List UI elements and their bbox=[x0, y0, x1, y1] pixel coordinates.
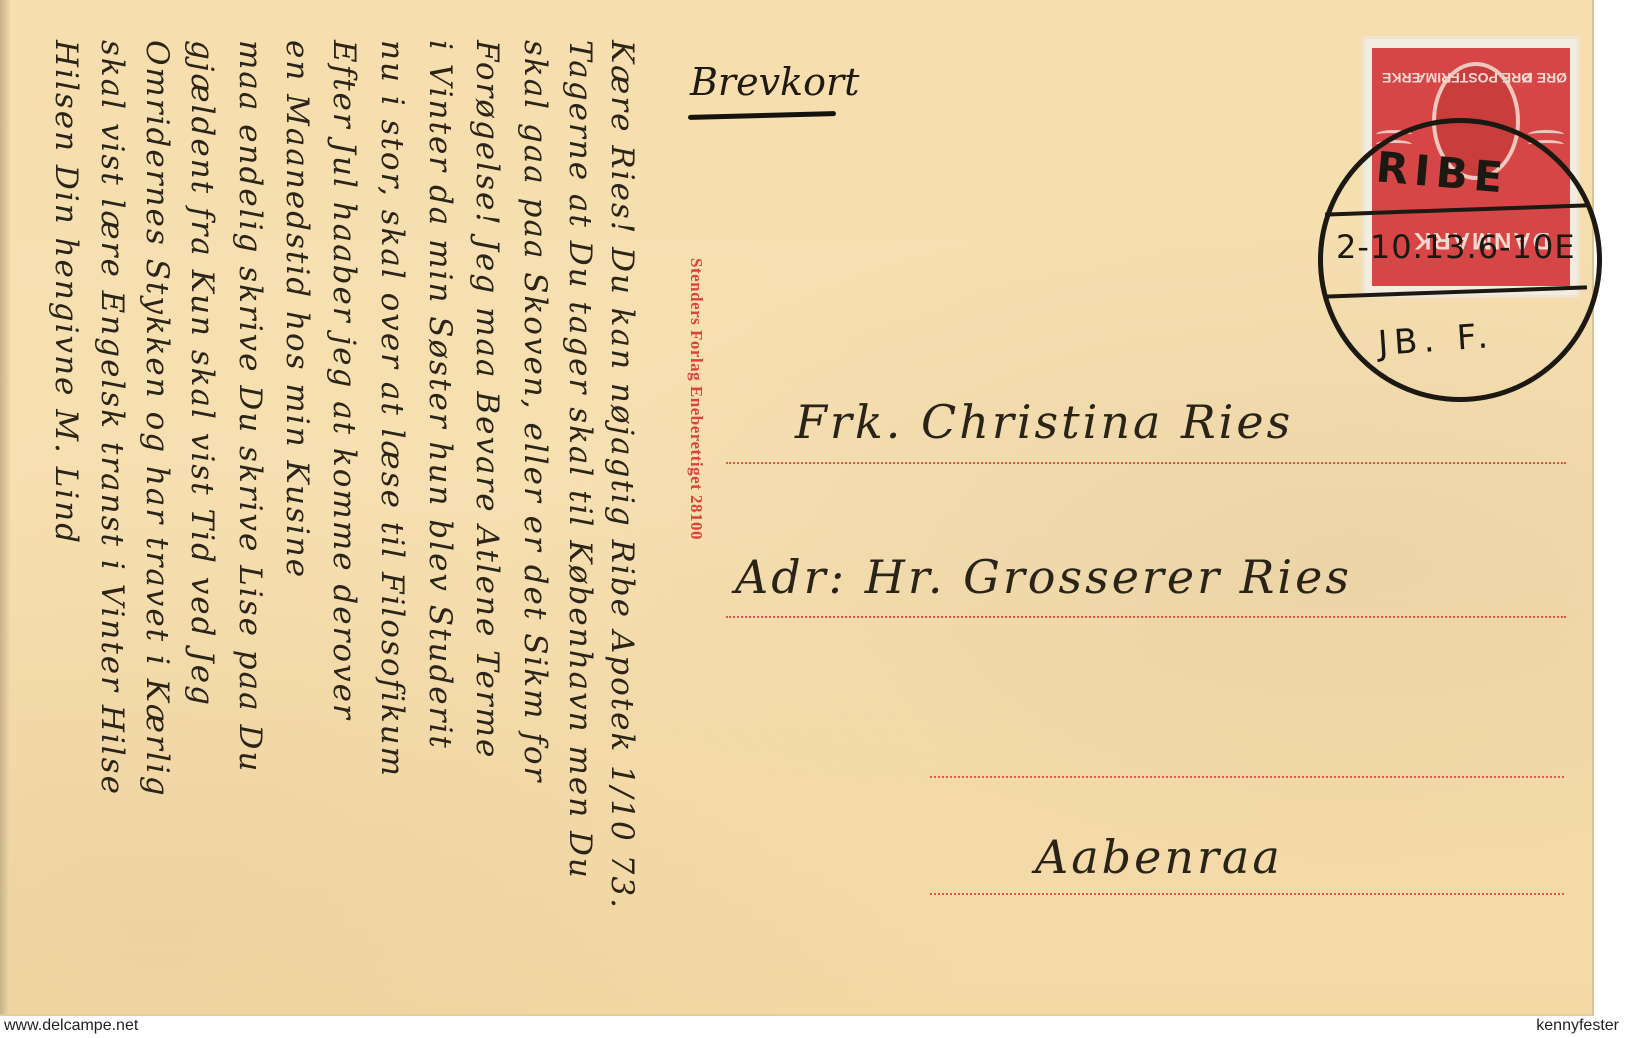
address-line-recipient: Frk. Christina Ries bbox=[795, 395, 1293, 449]
message-line: Tagerne at Du tager skal til København m… bbox=[562, 40, 598, 880]
message-line: Hilsen Din hengivne M. Lind bbox=[48, 40, 84, 545]
address-rule bbox=[726, 462, 1566, 464]
address-rule bbox=[930, 776, 1564, 778]
seller-watermark: kennyfester bbox=[1536, 1017, 1619, 1035]
address-rule bbox=[930, 893, 1564, 895]
message-line: nu i stor, skal over at læse til Filosof… bbox=[374, 40, 410, 778]
message-line: Kære Ries! Du kan nøjagtig Ribe Apotek 1… bbox=[604, 40, 640, 910]
postmark-bottom-text: JB. F. bbox=[1377, 316, 1495, 364]
address-rule bbox=[726, 616, 1566, 618]
message-line: i Vinter da min Søster hun blev Studerit bbox=[422, 40, 458, 750]
publisher-imprint: Stenders Forlag Eneberettiget 28100 bbox=[686, 258, 706, 540]
title-underline bbox=[688, 111, 836, 120]
message-line: Efter Jul haaber jeg at komme derover bbox=[326, 40, 362, 721]
card-title: Brevkort bbox=[690, 60, 859, 104]
stamp-text-left: ØRE POSTFRIMÆRKE bbox=[1382, 70, 1532, 86]
postmark-date: 2-10.13.6-10E bbox=[1336, 228, 1576, 266]
message-line: Omridernes Stykken og har travet i Kærli… bbox=[139, 40, 175, 798]
message-line: maa endelig skrive Du skrive Lise paa Du bbox=[232, 40, 268, 773]
card-edge bbox=[0, 0, 10, 1014]
site-watermark: www.delcampe.net bbox=[4, 1017, 138, 1035]
message-line: skal vist lære Engelsk transt i Vinter H… bbox=[94, 40, 130, 796]
address-line-city: Aabenraa bbox=[1035, 830, 1283, 884]
watermark-footer: www.delcampe.net kennyfester bbox=[0, 1016, 1625, 1038]
message-line: en Maanedstid hos min Kusine bbox=[279, 40, 315, 579]
message-line: skal gaa paa Skoven, eller er det Sikm f… bbox=[517, 40, 553, 783]
message-line: gjældent fra Kun skal vist Tid ved Jeg bbox=[184, 40, 220, 707]
stamp-text-right: ØRE POSTFRIMÆRKE bbox=[1522, 70, 1567, 86]
message-line: Forøgelse! Jeg maa Bevare Atlene Terme bbox=[469, 40, 505, 759]
postcard: Kære Ries! Du kan nøjagtig Ribe Apotek 1… bbox=[0, 0, 1594, 1016]
address-line-care-of: Adr: Hr. Grosserer Ries bbox=[735, 550, 1352, 604]
